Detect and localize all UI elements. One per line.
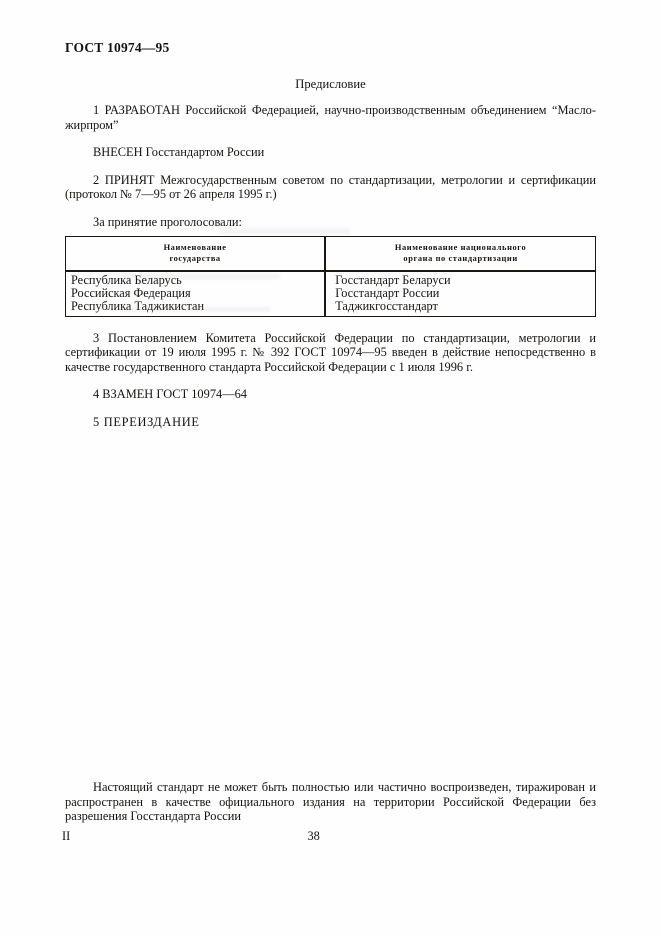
- table-row: Республика Таджикистан Таджикгосстандарт: [66, 300, 596, 316]
- state-cell: Республика Беларусь: [66, 271, 326, 287]
- org-cell: Госстандарт России: [325, 287, 595, 300]
- paragraph-copyright: Настоящий стандарт не может быть полност…: [65, 780, 596, 824]
- table-header-org: Наименование национального органа по ста…: [325, 237, 595, 272]
- org-cell: Таджикгосстандарт: [325, 300, 595, 316]
- paragraph-developed: 1 РАЗРАБОТАН Российской Федерацией, науч…: [65, 103, 596, 132]
- doc-code: ГОСТ 10974—95: [65, 40, 596, 55]
- page-number: 38: [308, 829, 320, 843]
- state-cell: Российская Федерация: [66, 287, 326, 300]
- org-cell: Госстандарт Беларуси: [325, 271, 595, 287]
- vote-table-head: Наименование государства Наименование на…: [66, 237, 596, 272]
- paragraph-adopted: 2 ПРИНЯТ Межгосударственным советом по с…: [65, 173, 596, 202]
- paragraph-replaces: 4 ВЗАМЕН ГОСТ 10974—64: [65, 387, 596, 402]
- paragraph-submitted: ВНЕСЕН Госстандартом России: [65, 145, 596, 160]
- document-page: ГОСТ 10974—95 Предисловие 1 РАЗРАБОТАН Р…: [0, 0, 661, 936]
- state-cell: Республика Таджикистан: [66, 300, 326, 316]
- table-row: Республика Беларусь Госстандарт Беларуси: [66, 271, 596, 287]
- table-header-state: Наименование государства: [66, 237, 326, 272]
- paragraph-reissue: 5 ПЕРЕИЗДАНИЕ: [65, 415, 596, 430]
- footer-roman-numeral: II: [62, 829, 70, 843]
- paragraph-decree: 3 Постановлением Комитета Российской Фед…: [65, 331, 596, 375]
- paragraph-vote-intro: За принятие проголосовали:: [65, 215, 596, 230]
- vote-table: Наименование государства Наименование на…: [65, 236, 596, 317]
- table-row: Российская Федерация Госстандарт России: [66, 287, 596, 300]
- copyright-block: Настоящий стандарт не может быть полност…: [65, 780, 596, 824]
- vote-table-body: Республика Беларусь Госстандарт Беларуси…: [66, 271, 596, 316]
- section-title: Предисловие: [65, 77, 596, 91]
- table-header-row: Наименование государства Наименование на…: [66, 237, 596, 272]
- page-footer: II 38: [65, 829, 596, 845]
